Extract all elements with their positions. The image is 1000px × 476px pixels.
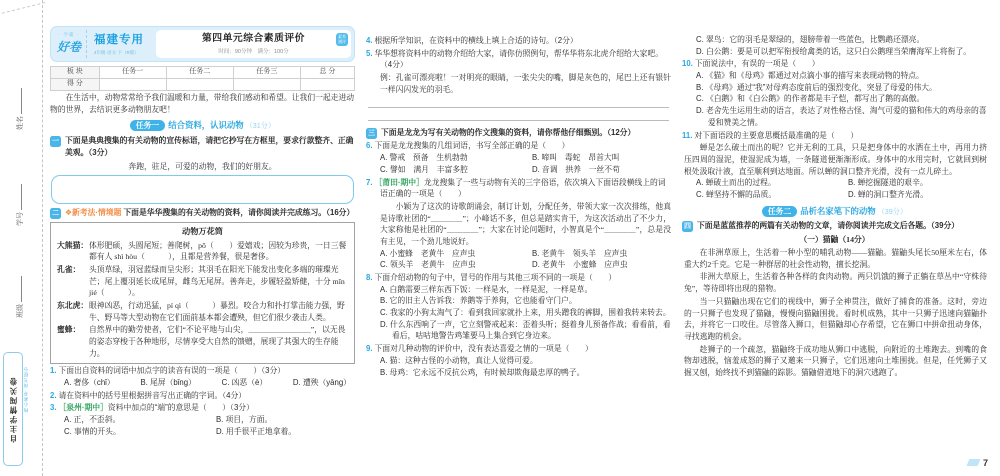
subquestion-6-options: A. 警戒 预备 生机勃勃 B. 啼叫 毒蛇 昂首大叫 C. 譬如 满月 丰富多… — [366, 152, 671, 175]
question-3: 三 下面是龙龙为写有关动物的作文搜集的资料，请你帮他仔细甄别。（12分） — [366, 127, 671, 139]
subquestion-text: 对下面语段的主要意思概括最准确的是（ ） — [694, 131, 858, 140]
table-row: 板 块 任务一 任务二 任务三 总 分 — [51, 67, 355, 79]
side-tab: 自主学情闯关卷 — [3, 352, 23, 466]
option: B. 《母鸡》通过“我”对母鸡态度前后的强烈变化，突显了母爱的伟大。 — [696, 82, 987, 94]
exam-page: 姓名 学号 班级 学校 自主学情闯关卷 核心素养·闯关提分 · 学霸 · 好卷 … — [0, 0, 1000, 476]
cut-line — [0, 2, 45, 15]
task1-points: （31分） — [246, 121, 276, 130]
example-sentence: 例：孔雀可漂亮啦！一对明亮的眼睛，一张尖尖的嘴，脚是灰色的，尾巴上还有银针一样闪… — [366, 72, 671, 95]
score-header-cell: 任务二 — [166, 67, 233, 79]
info-entry-tiger: 东北虎：眼神凶恶，行动迅猛，pí qì（ ）暴烈。咬合力和扑打掌击能力强，野牛、… — [57, 300, 348, 323]
info-entry-panda: 大熊猫：体形肥硕，头圆尾短；善爬树，pō（ ）爱嬉戏；因较为珍贵，一日三餐都有人… — [57, 240, 348, 263]
intro-paragraph: 在生活中，动物常常给予我们温暖和力量，带给我们感动和希望。让我们一起走进动物的世… — [50, 92, 355, 115]
subquestion-9-options-ab: A. 猫：这种古怪的小动物，真让人觉得可爱。 B. 母鸡：它永远不反抗公鸡，有时… — [366, 355, 671, 378]
answer-line — [368, 95, 669, 108]
option: C. 蝉坚持不懈的品质。 — [696, 189, 842, 201]
reading-title: （一）猫鼬（14分） — [682, 234, 987, 246]
student-id-field-label: 学号 — [15, 173, 25, 237]
entry-name: 蜜蜂： — [57, 324, 80, 336]
question-2-prompt: 下面是华华搜集的有关动物的资料，请你阅读并完成练习。（16分） — [123, 208, 354, 217]
grade-label: 4年级·语文·下（R版） — [94, 50, 144, 57]
option: D. 用手很平正地拿着。 — [216, 426, 355, 438]
time-score-meta: 时间：90分钟 满分：100分 — [218, 48, 288, 56]
subquestion-text: 华华想将资料中的动物介绍给大家，请你仿照例句，帮华华将东北虎介绍给大家吧。（4分… — [375, 49, 663, 70]
entry-text: 头顶草绿，羽冠蓝绿而呈尖形；其羽毛在阳光下能发出变化多端的璀璨光芒；尾上覆羽延长… — [89, 265, 345, 297]
score-empty-cell — [300, 79, 354, 91]
slogan-to-copy: 奔跑，驻足，可爱的动物，我们的好朋友。 — [50, 161, 355, 173]
page-number: 7 — [968, 458, 988, 468]
subquestion-6: 6.下面是龙龙搜集的几组词语，书写全部正确的是（ ） — [366, 140, 671, 152]
subquestion-number: 9. — [366, 344, 373, 353]
question-2: 二 ❖新考法·情境题下面是华华搜集的有关动物的资料，请你阅读并完成练习。（16分… — [50, 207, 355, 219]
option: B. 项目，方面。 — [216, 414, 355, 426]
binding-dashed-line — [42, 0, 43, 476]
option: A. 奢侈（chǐ） — [64, 377, 115, 389]
subquestion-number: 3. — [50, 403, 57, 412]
option: A. 猫：这种古怪的小动物，真让人觉得可爱。 — [380, 355, 671, 367]
subquestion-text: 下面说法中，有误的一项是（ ） — [695, 59, 820, 68]
question-2-text: ❖新考法·情境题下面是华华搜集的有关动物的资料，请你阅读并完成练习。（16分） — [65, 207, 355, 219]
score-empty-cell — [233, 79, 300, 91]
subquestion-number: 11. — [682, 131, 692, 140]
subquestion-number: 2. — [50, 391, 57, 400]
subquestion-3-options: A. 正，不歪斜。 B. 项目，方面。 C. 事情的开头。 D. 用手很平正地拿… — [50, 414, 355, 437]
option: B. 蝉挖掘隧道的艰辛。 — [848, 177, 987, 189]
cicada-passage: 蝉是怎么破土而出的呢？它并无利的工具，只是把身体中的水洒在土中，再用力挤压四周的… — [682, 142, 987, 177]
task1-pill: 任务一 — [130, 120, 165, 131]
option: A. 小蜜蜂 老黄牛 应声虫 — [380, 248, 526, 260]
region-label: 福建专用 — [94, 32, 144, 49]
option: A. 正，不歪斜。 — [64, 414, 210, 426]
subquestion-number: 4. — [366, 36, 373, 45]
reading-paragraph: 非洲大草原上，生活着各种各样的食肉动物。两只饥饿的狮子正躺在草丛中“守株待兔”，… — [682, 271, 987, 294]
subquestion-2: 2.请在资料中的括号里根据拼音写出正确的字词。（4分） — [50, 390, 355, 402]
score-header-cell: 任务三 — [233, 67, 300, 79]
table-row: 得 分 — [51, 79, 355, 91]
subquestion-8: 8.下面介绍动物的句子中，冒号的作用与其他三项不同的一项是（ ） — [366, 272, 671, 284]
new-style-tag: ❖新考法·情境题 — [65, 208, 121, 217]
subquestion-5: 5.华华想将资料中的动物介绍给大家，请你仿照例句，帮华华将东北虎介绍给大家吧。（… — [366, 48, 671, 71]
entry-name: 东北虎： — [57, 300, 88, 312]
task1-title: 结合资料，认识动物 — [168, 120, 243, 130]
subquestion-9-options-cd: C. 翠鸟：它的羽毛是翠绿的，翅膀带着一些蓝色，比鹦鹉还漂亮。 D. 白公鹅：要… — [682, 34, 987, 57]
subquestion-1: 1.下面出自资料的词语中加点字的读音有误的一项是（ ）（3分） — [50, 365, 355, 377]
option: A. 《猫》和《母鸡》都通过对点滴小事的描写来表现动物的特点。 — [696, 70, 987, 82]
entry-text: 自然界中的勤劳使者，它们“不论平地与山尖，＿＿＿＿＿＿＿＿”，以无畏的姿态穿梭于… — [89, 325, 345, 357]
option: A. 白鹅需要三样东西下饭：一样是水，一样是泥，一样是草。 — [380, 284, 671, 296]
badge-line2: 测评 — [338, 39, 346, 44]
side-tab-subtitle: 核心素养·闯关提分 — [23, 366, 29, 413]
question-3-number: 三 — [366, 128, 377, 139]
option: D. 老黄牛 小蜜蜂 应声虫 — [532, 259, 671, 271]
task2-pill: 任务二 — [762, 206, 797, 217]
task2-banner: 任务二品析名家笔下的动物（39分） — [682, 205, 987, 218]
paper-title: 第四单元综合素质评价 — [202, 32, 305, 47]
option: A. 蝉破土而出的过程。 — [696, 177, 842, 189]
subquestion-number: 10. — [682, 59, 693, 68]
brand-block: · 学霸 · 好卷 — [54, 30, 86, 58]
cloze-passage: 小颖为了这次的诗歌朗诵会，制订计划，分配任务，带领大家一次次排练，他真是诗歌社团… — [366, 201, 671, 248]
subquestion-text: 下面介绍动物的句子中，冒号的作用与其他三项不同的一项是（ ） — [375, 273, 617, 282]
subquestion-10: 10.下面说法中，有误的一项是（ ） — [682, 58, 987, 70]
score-row-label: 得 分 — [51, 79, 100, 91]
subquestion-11-options: A. 蝉破土而出的过程。 B. 蝉挖掘隧道的艰辛。 C. 蝉坚持不懈的品质。 D… — [682, 177, 987, 200]
option: C. 凶恶（è） — [222, 377, 268, 389]
brand-logo: 好卷 — [57, 38, 81, 56]
question-2-number: 二 — [50, 208, 61, 219]
subquestion-1-options: A. 奢侈（chǐ） B. 尾屏（bǐng） C. 凶恶（è） D. 遭殃（yā… — [50, 377, 355, 389]
option: D. 什么东西响了一声，它立刻警戒起来：歪着头听；挺着身儿预备作战；看看前，看看… — [380, 319, 671, 342]
subquestion-number: 7. — [366, 178, 373, 187]
page-number-decoration — [967, 459, 981, 466]
subquestion-text: 下面是龙龙搜集的几组词语，书写全部正确的是（ ） — [375, 141, 570, 150]
reading-paragraph: 趁狮子的一个疏忽，猫鼬终于成功地从狮口中逃脱，向附近的土堆跑去。到嘴的食物却逃脱… — [682, 344, 987, 379]
option: C. 事情的开头。 — [64, 426, 210, 438]
subquestion-number: 5. — [366, 49, 373, 58]
score-header-cell: 板 块 — [51, 67, 100, 79]
subquestion-number: 8. — [366, 273, 373, 282]
option: D. 音调 拱养 一丝不苟 — [532, 164, 671, 176]
option: B. 母鸡：它永远不反抗公鸡，有时候却欺侮最忠厚的鸭子。 — [380, 367, 671, 379]
entry-name: 孔雀： — [57, 264, 80, 276]
option: D. 老舍先生运用生动的语言，表达了对性格古怪、淘气可爱的猫和伟大的鸡母亲的喜爱… — [696, 105, 987, 128]
subquestion-11: 11.对下面语段的主要意思概括最准确的是（ ） — [682, 130, 987, 142]
name-field-label: 姓名 — [15, 77, 25, 141]
question-1-number: 一 — [50, 136, 61, 147]
subquestion-text: 根据所学知识，在资料中的横线上填上合适的诗句。（2分） — [375, 36, 578, 45]
score-table: 板 块 任务一 任务二 任务三 总 分 得 分 — [50, 66, 355, 91]
subquestion-4: 4.根据所学知识，在资料中的横线上填上合适的诗句。（2分） — [366, 35, 671, 47]
title-box: 第四单元综合素质评价 素养 测评 时间：90分钟 满分：100分 — [156, 30, 351, 58]
question-4-text: 下面是蓝蓝推荐的两篇有关动物的文章，请你阅读并完成文后各题。（39分） — [697, 220, 987, 232]
option: B. 老黄牛 领头羊 应声虫 — [532, 248, 671, 260]
option: B. 啼叫 毒蛇 昂首大叫 — [532, 152, 671, 164]
subquestion-text: 下面对几种动物的评价中，没有表达喜爱之情的一项是（ ） — [375, 344, 593, 353]
region-block: 福建专用 4年级·语文·下（R版） — [86, 30, 151, 58]
question-4-number: 四 — [682, 221, 693, 232]
answer-line — [368, 108, 669, 121]
subquestion-text: 下面出自资料的词语中加点字的读音有误的一项是（ ）（3分） — [59, 366, 286, 375]
score-empty-cell — [99, 79, 166, 91]
option: B. 它的旧主人告诉我：养鹅等于养狗，它也能看守门户。 — [380, 295, 671, 307]
option: C. 领头羊 老黄牛 应声虫 — [380, 259, 526, 271]
question-1: 一 下面是典典搜集的有关动物的宣传标语，请把它抄写在方框里，要求行款整齐、正确美… — [50, 135, 355, 158]
reading-paragraph: 在非洲草原上，生活着一种小型的哺乳动物——猫鼬。猫鼬头尾长50厘米左右，体重大约… — [682, 247, 987, 270]
column-left: · 学霸 · 好卷 福建专用 4年级·语文·下（R版） 第四单元综合素质评价 素… — [50, 26, 355, 438]
question-3-text: 下面是龙龙为写有关动物的作文搜集的资料，请你帮他仔细甄别。（12分） — [381, 127, 671, 139]
subquestion-8-options: A. 白鹅需要三样东西下饭：一样是水，一样是泥，一样是草。 B. 它的旧主人告诉… — [366, 284, 671, 342]
option: C. 翠鸟：它的羽毛是翠绿的，翅膀带着一些蓝色，比鹦鹉还漂亮。 — [696, 34, 987, 46]
column-middle: 4.根据所学知识，在资料中的横线上填上合适的诗句。（2分） 5.华华想将资料中的… — [366, 26, 671, 438]
exam-source-tag: ［莆田·期中］ — [375, 178, 424, 187]
info-box-title: 动物万花筒 — [57, 226, 348, 238]
subquestion-7-options: A. 小蜜蜂 老黄牛 应声虫 B. 老黄牛 领头羊 应声虫 C. 领头羊 老黄牛… — [366, 248, 671, 271]
page-number-value: 7 — [983, 458, 988, 468]
entry-text: 眼神凶恶，行动迅猛，pí qì（ ）暴烈。咬合力和扑打掌击能力强，野牛、野马等大… — [89, 301, 345, 322]
subquestion-10-options: A. 《猫》和《母鸡》都通过对点滴小事的描写来表现动物的特点。 B. 《母鸡》通… — [682, 70, 987, 128]
option: A. 警戒 预备 生机勃勃 — [380, 152, 526, 164]
subquestion-9: 9.下面对几种动物的评价中，没有表达喜爱之情的一项是（ ） — [366, 343, 671, 355]
option: C. 我家的小狗太淘气了：看到我回家就扑上来，用头蹭我的裤脚，围着我转来转去。 — [380, 307, 671, 319]
option: D. 遭殃（yāng） — [293, 377, 351, 389]
score-header-cell: 任务一 — [99, 67, 166, 79]
class-field-label: 班级 — [15, 265, 25, 329]
paper-header: · 学霸 · 好卷 福建专用 4年级·语文·下（R版） 第四单元综合素质评价 素… — [50, 26, 355, 62]
score-empty-cell — [166, 79, 233, 91]
option: D. 白公鹅：要是可以把军衔授给禽类的话，这只白公鹅理当荣膺海军上将衔了。 — [696, 46, 987, 58]
brand-tagline: · 学霸 · — [59, 32, 80, 39]
option: B. 尾屏（bǐng） — [140, 377, 195, 389]
question-1-text: 下面是典典搜集的有关动物的宣传标语，请把它抄写在方框里，要求行款整齐、正确美观。… — [65, 135, 355, 158]
task1-banner: 任务一结合资料，认识动物（31分） — [50, 119, 355, 132]
subquestion-number: 1. — [50, 366, 57, 375]
animal-info-box: 动物万花筒 大熊猫：体形肥硕，头圆尾短；善爬树，pō（ ）爱嬉戏；因较为珍贵，一… — [50, 222, 355, 364]
subquestion-text: 请在资料中的括号里根据拼音写出正确的字词。（4分） — [59, 391, 247, 400]
exam-source-tag: ［泉州·期中］ — [59, 403, 108, 412]
reading-paragraph: 当一只猫鼬出现在它们的视线中，狮子全神贯注，做好了捕食的准备。这时，旁边的一只狮… — [682, 296, 987, 343]
option: C. 譬如 满月 丰富多腔 — [380, 164, 526, 176]
info-entry-peacock: 孔雀：头顶草绿，羽冠蓝绿而呈尖形；其羽毛在阳光下能发出变化多端的璀璨光芒；尾上覆… — [57, 264, 348, 299]
question-4: 四 下面是蓝蓝推荐的两篇有关动物的文章，请你阅读并完成文后各题。（39分） — [682, 220, 987, 232]
corner-badge: 素养 测评 — [336, 33, 348, 46]
subquestion-3: 3.［泉州·期中］资料中加点的“端”的意思是（ ）（3分） — [50, 402, 355, 414]
subquestion-number: 6. — [366, 141, 373, 150]
handwriting-answer-box — [51, 175, 354, 204]
subquestion-7: 7.［莆田·期中］龙龙搜集了一些与动物有关的三字俗语，依次填入下面语段横线上的词… — [366, 177, 671, 200]
subquestion-text: 资料中加点的“端”的意思是（ ）（3分） — [108, 403, 254, 412]
option: C. 《白鹅》和《白公鹅》的作者都是丰子恺，都写出了鹅的高傲。 — [696, 93, 987, 105]
column-right: C. 翠鸟：它的羽毛是翠绿的，翅膀带着一些蓝色，比鹦鹉还漂亮。 D. 白公鹅：要… — [682, 26, 987, 438]
entry-text: 体形肥硕，头圆尾短；善爬树，pō（ ）爱嬉戏；因较为珍贵，一日三餐都有人 shì… — [89, 241, 346, 262]
task2-points: （39分） — [878, 207, 908, 216]
score-header-cell: 总 分 — [300, 67, 354, 79]
info-entry-bee: 蜜蜂：自然界中的勤劳使者，它们“不论平地与山尖，＿＿＿＿＿＿＿＿”，以无畏的姿态… — [57, 324, 348, 359]
option: D. 蝉的洞口整齐光滑。 — [848, 189, 987, 201]
entry-name: 大熊猫： — [57, 240, 88, 252]
task2-title: 品析名家笔下的动物 — [800, 206, 875, 216]
